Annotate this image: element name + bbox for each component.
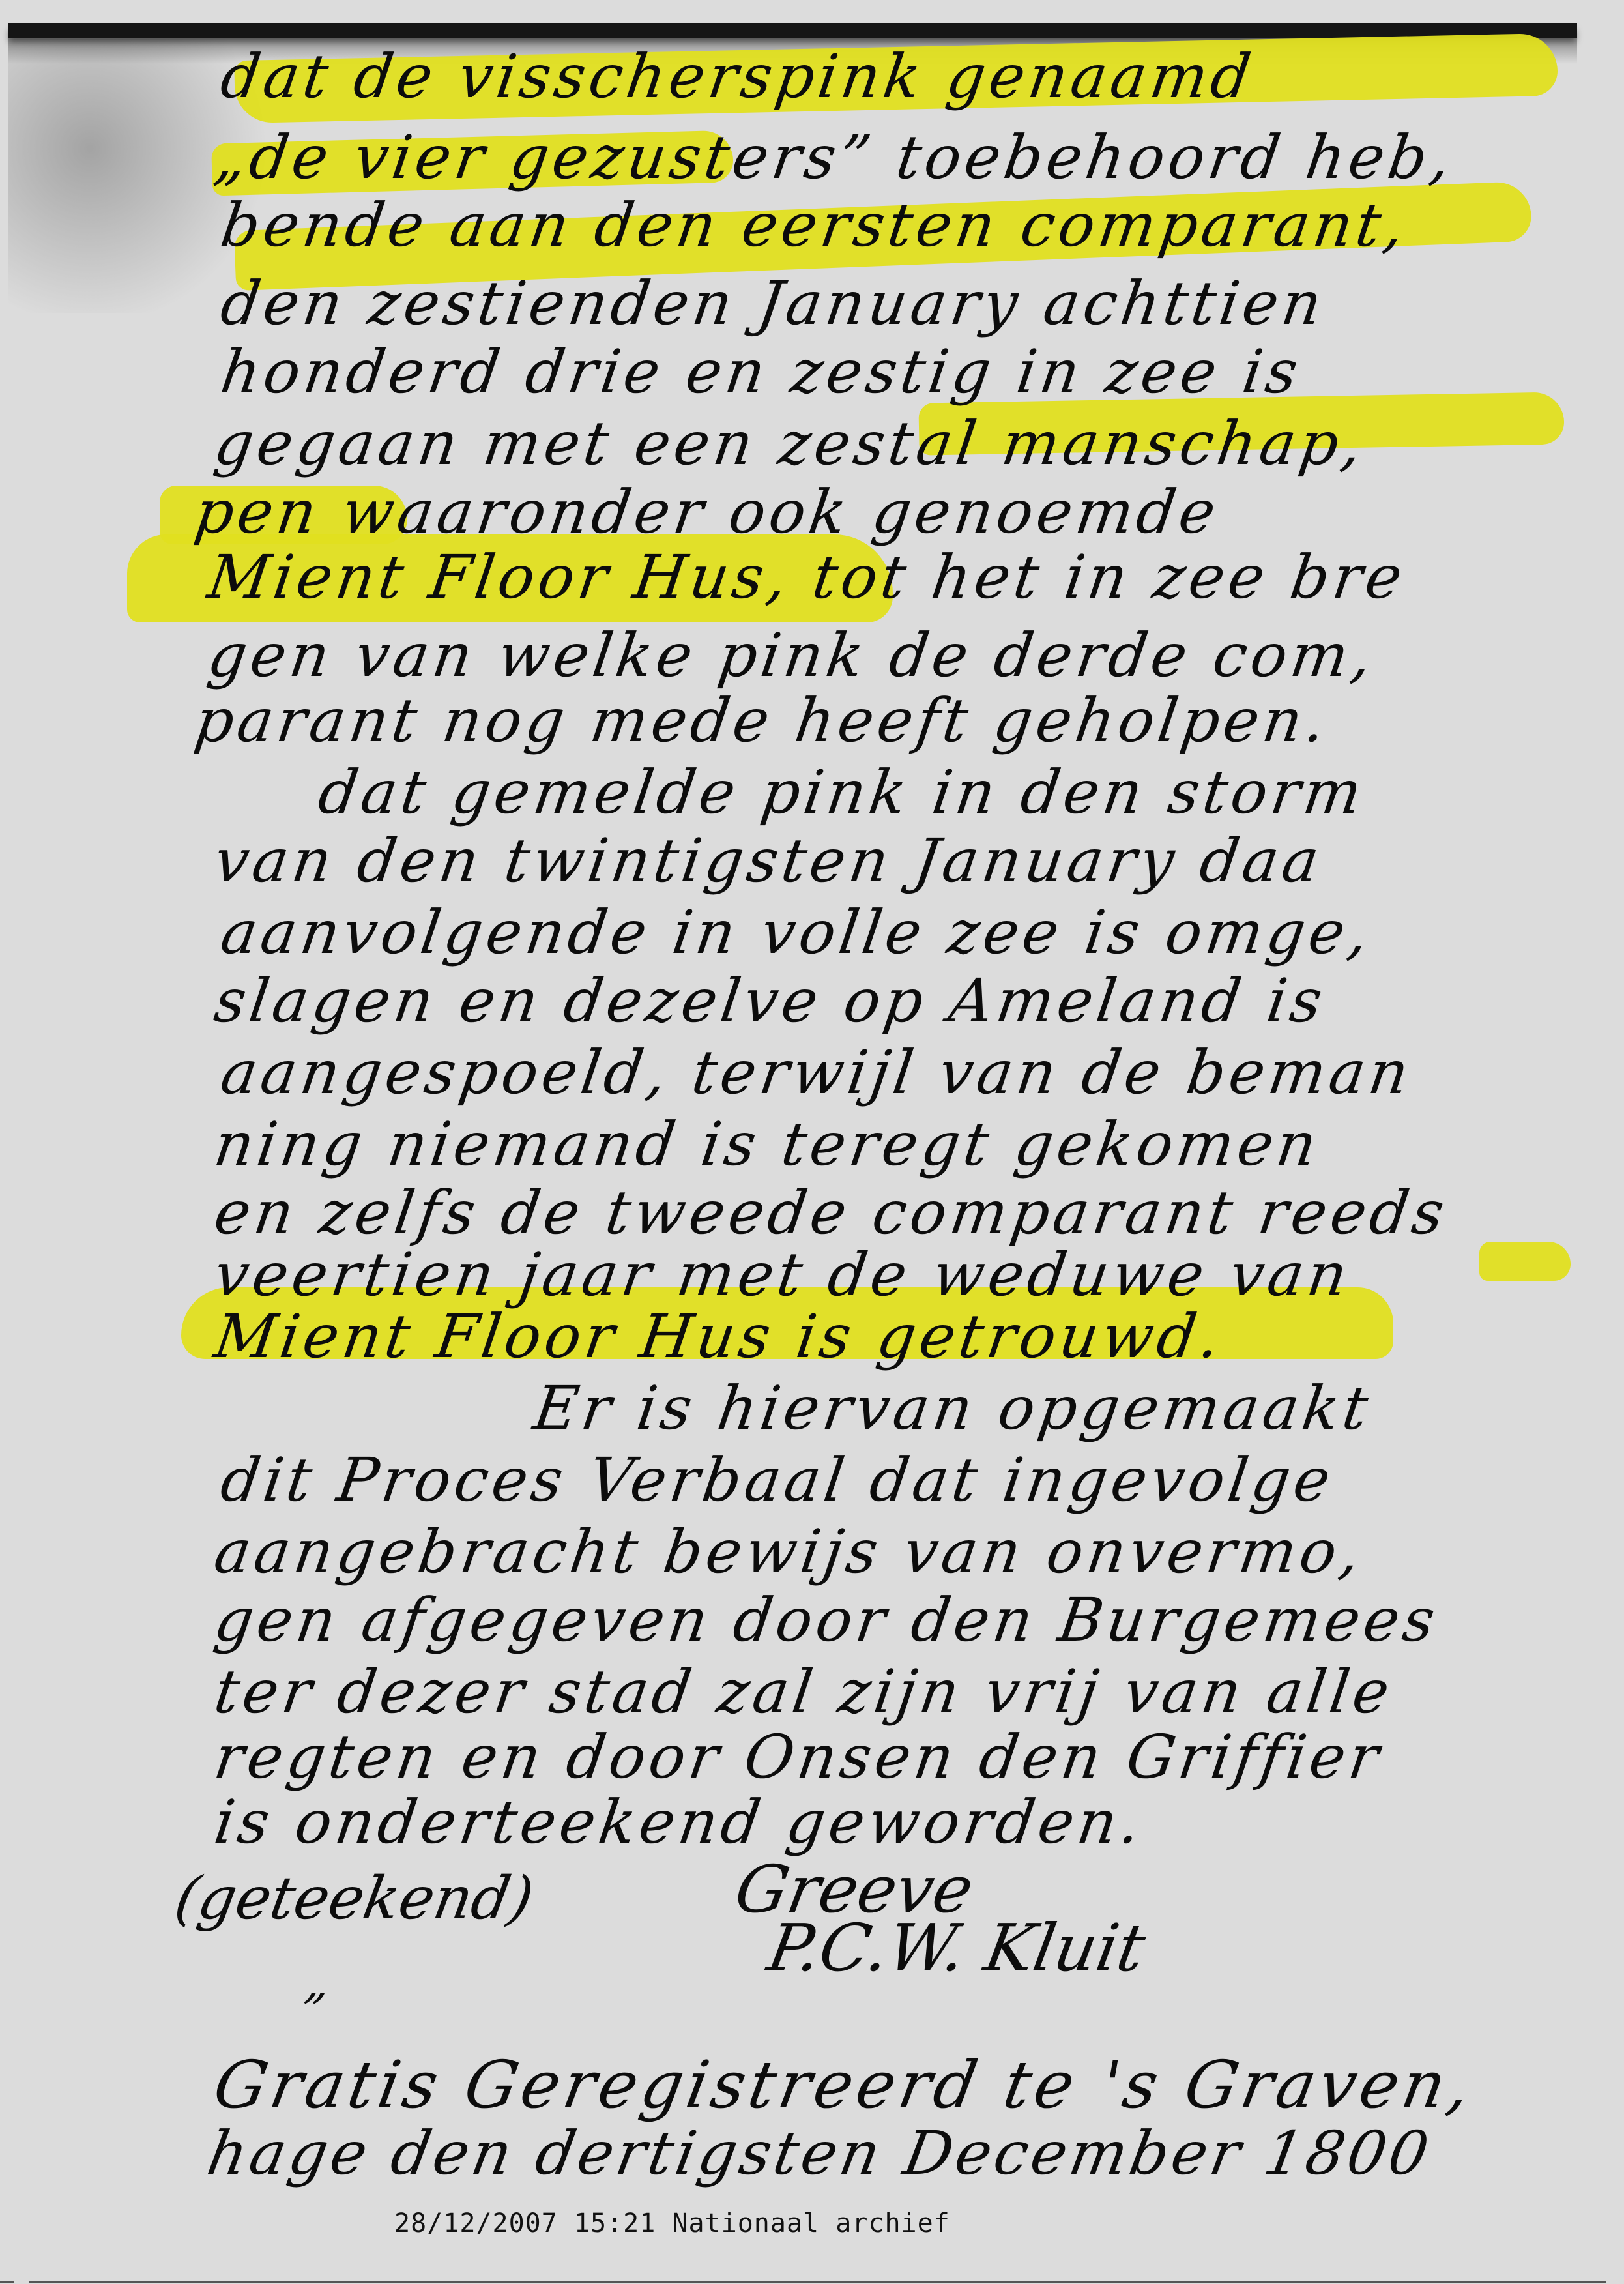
signature-pcw-kluit: P.C.W. Kluit [762,1910,1151,1986]
text-line-21: dit Proces Verbaal dat ingevolge [218,1450,1338,1510]
text-line-2: „de vier gezusters” toebehoord heb, [211,128,1458,188]
text-line-3: bende aan den eersten comparant, [218,196,1412,256]
text-line-25: regten en door Onsen den Griffier [211,1727,1387,1787]
fax-timestamp-stamp: 28/12/2007 15:21 Nationaal archief [394,2208,950,2238]
signature-ditto-mark: „ [302,1955,335,2009]
highlight-van [1479,1242,1571,1281]
text-line-12: van den twintigsten January daa [211,831,1327,891]
text-line-10: parant nog mede heeft geholpen. [192,691,1333,751]
text-line-26: is onderteekend geworden. [211,1793,1148,1852]
text-line-1: dat de visscherspink genaamd [218,47,1258,107]
text-line-18: veertien jaar met de weduwe van [211,1245,1355,1305]
text-line-22: aangebracht bewijs van onvermo, [211,1522,1368,1582]
registration-line-1: Gratis Geregistreerd te 's Graven, [209,2047,1480,2123]
scan-edge-shadow [8,23,1577,38]
text-line-24: ter dezer stad zal zijn vrij van alle [211,1662,1397,1722]
signature-geteekend: (geteekend) [170,1864,539,1933]
text-line-15: aangespoeld, terwijl van de beman [218,1043,1416,1103]
text-line-19: Mient Floor Hus is getrouwd. [211,1307,1227,1367]
text-line-23: gen afgegeven door den Burgemees [211,1590,1443,1650]
text-line-20: Er is hiervan opgemaakt [530,1379,1376,1439]
text-line-11: dat gemelde pink in den storm [315,763,1369,823]
text-line-8: Mient Floor Hus, tot het in zee bre [205,548,1410,608]
text-line-13: aanvolgende in volle zee is omge, [218,903,1376,963]
bottom-edge-rule-left [0,2281,14,2283]
scanned-document-page: dat de visscherspink genaamd „de vier ge… [0,0,1624,2284]
text-line-5: honderd drie en zestig in zee is [218,342,1305,402]
text-line-9: gen van welke pink de derde com, [205,626,1380,686]
text-line-6: gegaan met een zestal manschap, [211,414,1370,474]
registration-line-2: hage den dertigsten December 1800 [203,2118,1437,2188]
text-line-4: den zestienden January achttien [218,274,1329,334]
text-line-17: en zelfs de tweede comparant reeds [211,1183,1452,1243]
text-line-16: ning niemand is teregt gekomen [211,1115,1324,1175]
bottom-edge-rule [29,2281,1606,2283]
text-line-14: slagen en dezelve op Ameland is [211,971,1329,1031]
text-line-7: pen waaronder ook genoemde [192,482,1223,542]
